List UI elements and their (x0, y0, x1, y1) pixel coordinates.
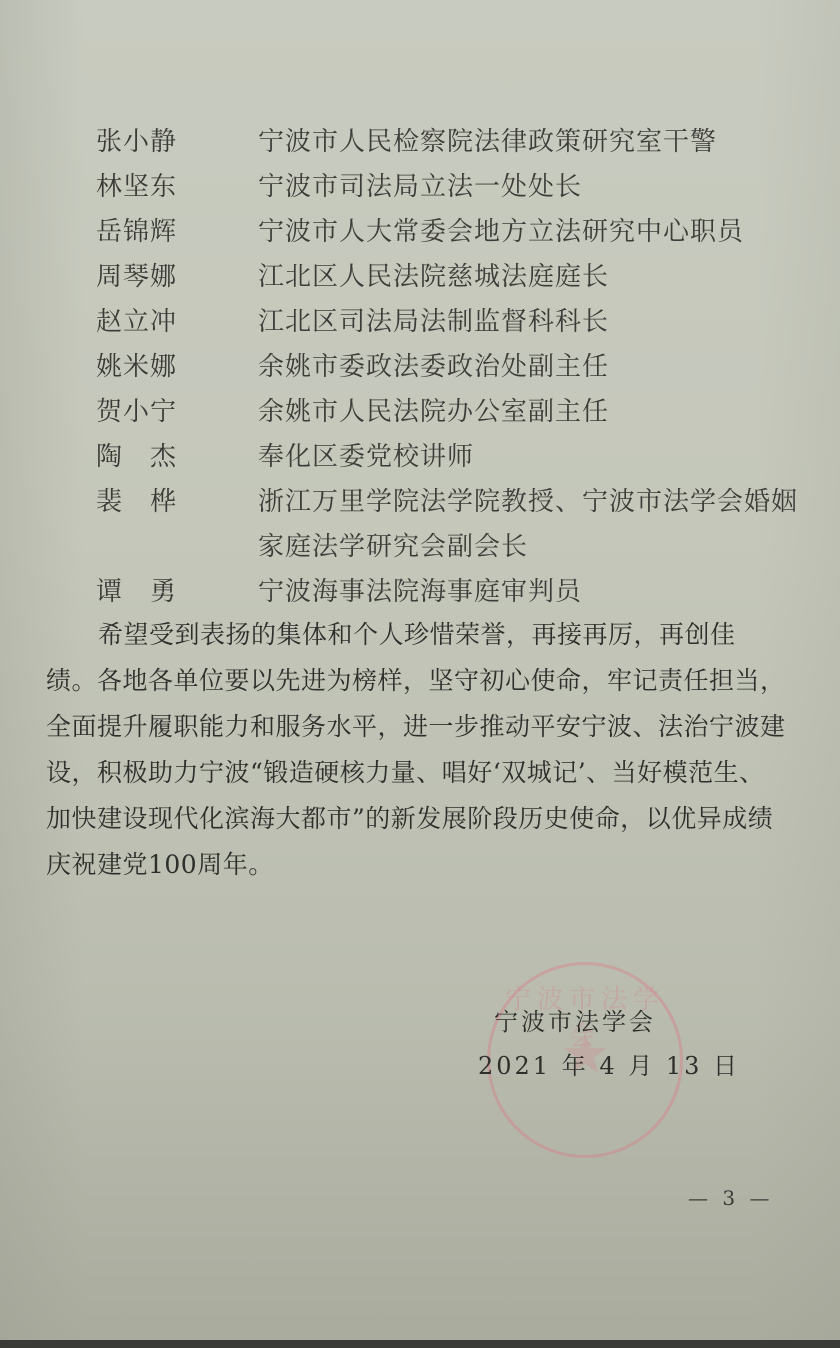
honoree-name: 谭 勇 (96, 570, 258, 615)
page-number: — 3 — (688, 1186, 773, 1210)
honoree-list: 张小静 宁波市人民检察院法律政策研究室干警 林坚东 宁波市司法局立法一处处长 岳… (96, 120, 816, 615)
honoree-row: 岳锦辉 宁波市人大常委会地方立法研究中心职员 (96, 210, 816, 255)
honoree-row: 姚米娜 余姚市委政法委政治处副主任 (96, 345, 816, 390)
honoree-name: 裴 桦 (96, 480, 258, 570)
signing-date: 2021 年 4 月 13 日 (478, 1044, 740, 1088)
honoree-name: 姚米娜 (96, 345, 258, 390)
honoree-title-multiline: 浙江万里学院法学院教授、宁波市法学会婚姻 家庭法学研究会副会长 (258, 480, 816, 570)
honoree-title: 宁波市人民检察院法律政策研究室干警 (258, 120, 816, 165)
honoree-name: 张小静 (96, 120, 258, 165)
honoree-name: 赵立冲 (96, 300, 258, 345)
honoree-name: 陶 杰 (96, 435, 258, 480)
honoree-row: 周琴娜 江北区人民法院慈城法庭庭长 (96, 255, 816, 300)
honoree-row: 张小静 宁波市人民检察院法律政策研究室干警 (96, 120, 816, 165)
honoree-row: 贺小宁 余姚市人民法院办公室副主任 (96, 390, 816, 435)
signature-block: 宁波市法学会 2021 年 4 月 13 日 (478, 1000, 740, 1088)
honoree-row: 赵立冲 江北区司法局法制监督科科长 (96, 300, 816, 345)
honoree-name: 贺小宁 (96, 390, 258, 435)
honoree-title: 余姚市委政法委政治处副主任 (258, 345, 816, 390)
honoree-title: 江北区人民法院慈城法庭庭长 (258, 255, 816, 300)
honoree-name: 周琴娜 (96, 255, 258, 300)
document-page: 张小静 宁波市人民检察院法律政策研究室干警 林坚东 宁波市司法局立法一处处长 岳… (0, 0, 840, 1340)
honoree-title: 奉化区委党校讲师 (258, 435, 816, 480)
honoree-title-line2: 家庭法学研究会副会长 (258, 525, 816, 570)
honoree-name: 林坚东 (96, 165, 258, 210)
honoree-title-line1: 浙江万里学院法学院教授、宁波市法学会婚姻 (258, 487, 798, 517)
honoree-title: 宁波市司法局立法一处处长 (258, 165, 816, 210)
honoree-name: 岳锦辉 (96, 210, 258, 255)
honoree-row: 林坚东 宁波市司法局立法一处处长 (96, 165, 816, 210)
honoree-title: 宁波海事法院海事庭审判员 (258, 570, 816, 615)
honoree-row: 谭 勇 宁波海事法院海事庭审判员 (96, 570, 816, 615)
honoree-title: 江北区司法局法制监督科科长 (258, 300, 816, 345)
honoree-row: 裴 桦 浙江万里学院法学院教授、宁波市法学会婚姻 家庭法学研究会副会长 (96, 480, 816, 570)
honoree-title: 宁波市人大常委会地方立法研究中心职员 (258, 210, 816, 255)
honoree-title: 余姚市人民法院办公室副主任 (258, 390, 816, 435)
closing-paragraph-block: 希望受到表扬的集体和个人珍惜荣誉，再接再厉，再创佳绩。各地各单位要以先进为榜样，… (46, 612, 786, 888)
honoree-row: 陶 杰 奉化区委党校讲师 (96, 435, 816, 480)
closing-paragraph: 希望受到表扬的集体和个人珍惜荣誉，再接再厉，再创佳绩。各地各单位要以先进为榜样，… (46, 620, 786, 879)
page-bottom-edge (0, 1340, 840, 1348)
signing-organization: 宁波市法学会 (478, 1000, 740, 1044)
